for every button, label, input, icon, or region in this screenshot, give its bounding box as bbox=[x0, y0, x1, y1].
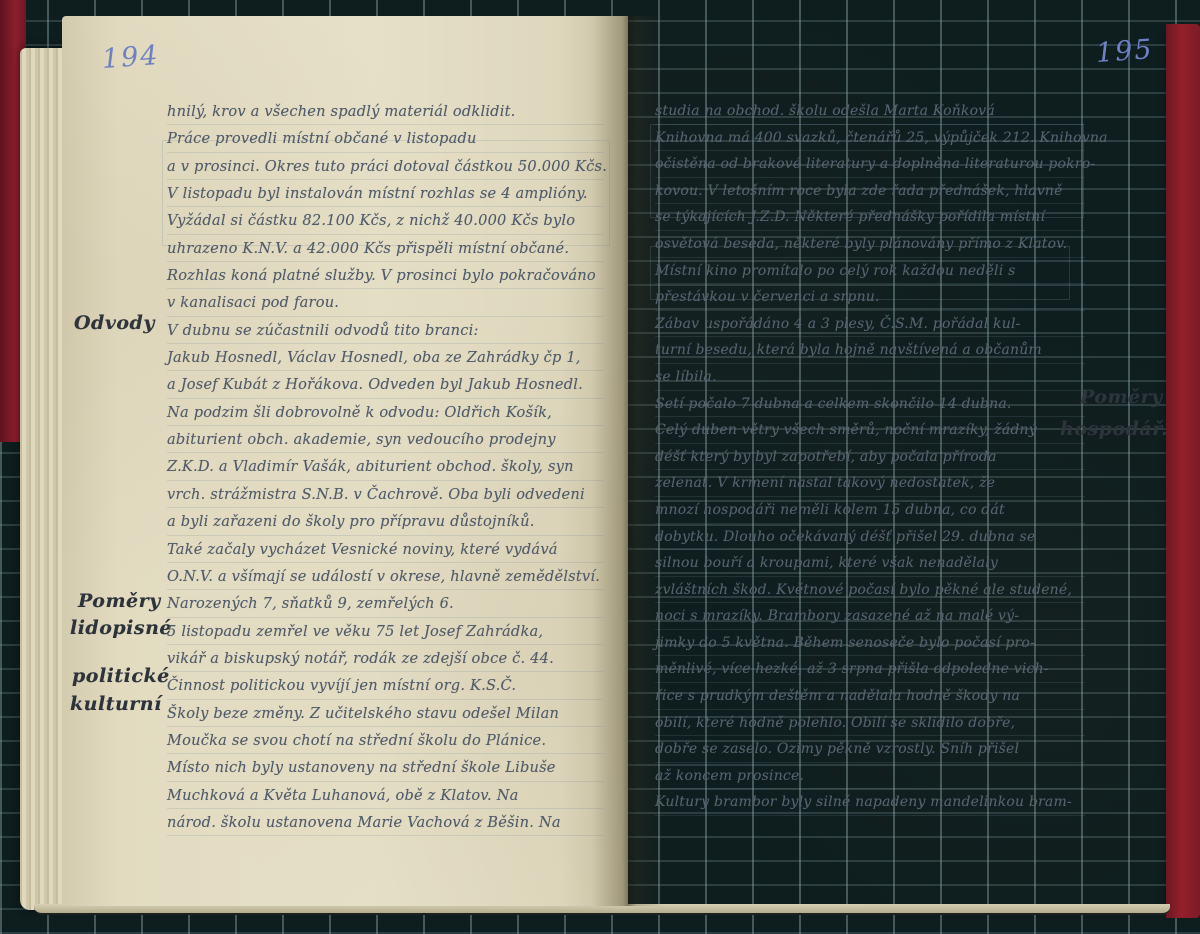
handwritten-line: vrch. strážmistra S.N.B. v Čachrově. Oba… bbox=[167, 481, 603, 508]
handwritten-line: V listopadu byl instalován místní rozhla… bbox=[167, 180, 603, 207]
margin-note-politicke: politické bbox=[72, 665, 170, 687]
handwritten-line: Kultury brambor byly silně napadeny mand… bbox=[655, 789, 1085, 816]
handwritten-line: hnilý, krov a všechen spadlý materiál od… bbox=[167, 98, 603, 125]
handwritten-line: a v prosinci. Okres tuto práci dotoval č… bbox=[167, 153, 603, 180]
handwritten-line: měnlivé, více hezké, až 3 srpna přišla o… bbox=[655, 656, 1085, 683]
handwritten-line: Také začaly vycházet Vesnické noviny, kt… bbox=[167, 536, 603, 563]
handwritten-line: obilí, které hodně polehlo. Obilí se skl… bbox=[655, 710, 1085, 737]
handwritten-line: uhrazeno K.N.V. a 42.000 Kčs přispěli mí… bbox=[167, 235, 603, 262]
handwritten-line: Muchková a Květa Luhanová, obě z Klatov.… bbox=[167, 782, 603, 809]
handwritten-line: 5 listopadu zemřel ve věku 75 let Josef … bbox=[167, 618, 603, 645]
handwritten-line: noci s mrazíky. Brambory zasazené až na … bbox=[655, 603, 1085, 630]
handwritten-line: turní besedu, která byla hojně navštíven… bbox=[655, 337, 1085, 364]
handwritten-text-left: hnilý, krov a všechen spadlý materiál od… bbox=[167, 98, 603, 836]
handwritten-line: přestávkou v červenci a srpnu. bbox=[655, 284, 1085, 311]
handwritten-line: Činnost politickou vyvíjí jen místní org… bbox=[167, 672, 603, 699]
handwritten-line: Moučka se svou chotí na střední školu do… bbox=[167, 727, 603, 754]
handwritten-line: zvláštních škod. Květnové počasí bylo pě… bbox=[655, 577, 1085, 604]
margin-note-kulturni: kulturní bbox=[70, 693, 162, 715]
handwritten-line: a byli zařazeni do školy pro přípravu dů… bbox=[167, 508, 603, 535]
handwritten-line: Narozených 7, sňatků 9, zemřelých 6. bbox=[167, 590, 603, 617]
handwritten-line: V dubnu se zúčastnili odvodů tito branci… bbox=[167, 317, 603, 344]
handwritten-line: Místo nich byly ustanoveny na střední šk… bbox=[167, 754, 603, 781]
handwritten-line: jimky do 5 května. Během senoseče bylo p… bbox=[655, 630, 1085, 657]
handwritten-line: očistěna od brakové literatury a doplněn… bbox=[655, 151, 1085, 178]
handwritten-line: osvětová beseda, některé byly plánovány … bbox=[655, 231, 1085, 258]
handwritten-line: Práce provedli místní občané v listopadu bbox=[167, 125, 603, 152]
handwritten-line: národ. školu ustanovena Marie Vachová z … bbox=[167, 809, 603, 836]
handwritten-line: v kanalisaci pod farou. bbox=[167, 289, 603, 316]
page-194: 194 Odvody Poměry lidopisné politické ku… bbox=[62, 16, 628, 906]
handwritten-line: Jakub Hosnedl, Václav Hosnedl, oba ze Za… bbox=[167, 344, 603, 371]
handwritten-line: až koncem prosince. bbox=[655, 763, 1085, 790]
handwritten-text-right: studia na obchod. školu odešla Marta Koň… bbox=[655, 98, 1085, 816]
handwritten-line: studia na obchod. školu odešla Marta Koň… bbox=[655, 98, 1085, 125]
handwritten-line: Celý duben větry všech směrů, noční mraz… bbox=[655, 417, 1085, 444]
handwritten-line: silnou bouří a kroupami, které však nena… bbox=[655, 550, 1085, 577]
margin-note-lidopisne: lidopisné bbox=[70, 617, 172, 639]
handwritten-line: se líbila. bbox=[655, 364, 1085, 391]
handwritten-line: kovou. V letošním roce byla zde řada pře… bbox=[655, 178, 1085, 205]
handwritten-line: dobře se zaselo. Ozimy pěkně vzrostly. S… bbox=[655, 736, 1085, 763]
handwritten-line: dobytku. Dlouho očekávaný déšť přišel 29… bbox=[655, 524, 1085, 551]
handwritten-line: řice s prudkým deštěm a nadělala hodně š… bbox=[655, 683, 1085, 710]
page-number-left: 194 bbox=[101, 40, 161, 75]
handwritten-line: Setí počalo 7 dubna a celkem skončilo 14… bbox=[655, 391, 1085, 418]
handwritten-line: Na podzim šli dobrovolně k odvodu: Oldři… bbox=[167, 399, 603, 426]
handwritten-line: Zábav uspořádáno 4 a 3 plesy, Č.S.M. poř… bbox=[655, 311, 1085, 338]
handwritten-line: Z.K.D. a Vladimír Vašák, abiturient obch… bbox=[167, 453, 603, 480]
handwritten-line: Místní kino promítalo po celý rok každou… bbox=[655, 258, 1085, 285]
stacked-page-edges-left bbox=[20, 48, 66, 910]
handwritten-line: Knihovna má 400 svazků, čtenářů 25, výpů… bbox=[655, 125, 1085, 152]
handwritten-line: a Josef Kubát z Hořákova. Odveden byl Ja… bbox=[167, 371, 603, 398]
handwritten-line: déšť který by byl zapotřebí, aby počala … bbox=[655, 444, 1085, 471]
page-195: 195 Poměry hospodář. studia na obchod. š… bbox=[628, 20, 1168, 906]
handwritten-line: mnozí hospodáři neměli kolem 15 dubna, c… bbox=[655, 497, 1085, 524]
margin-note-pomery-hospodar: Poměry bbox=[1080, 386, 1163, 408]
page-number-right: 195 bbox=[1095, 34, 1155, 69]
handwritten-line: Rozhlas koná platné služby. V prosinci b… bbox=[167, 262, 603, 289]
photo-of-open-chronicle-book: 194 Odvody Poměry lidopisné politické ku… bbox=[0, 0, 1200, 934]
handwritten-line: abiturient obch. akademie, syn vedoucího… bbox=[167, 426, 603, 453]
margin-note-pomery: Poměry bbox=[78, 590, 161, 612]
handwritten-line: Školy beze změny. Z učitelského stavu od… bbox=[167, 700, 603, 727]
margin-note-odvody: Odvody bbox=[74, 312, 155, 334]
handwritten-line: Vyžádal si částku 82.100 Kčs, z nichž 40… bbox=[167, 207, 603, 234]
handwritten-line: se týkajících J.Z.D. Některé přednášky p… bbox=[655, 204, 1085, 231]
handwritten-line: vikář a biskupský notář, rodák ze zdejší… bbox=[167, 645, 603, 672]
handwritten-line: zelenat. V krmení nastal takový nedostat… bbox=[655, 470, 1085, 497]
book-cover-red-edge-right bbox=[1166, 24, 1200, 918]
handwritten-line: O.N.V. a všímají se událostí v okrese, h… bbox=[167, 563, 603, 590]
